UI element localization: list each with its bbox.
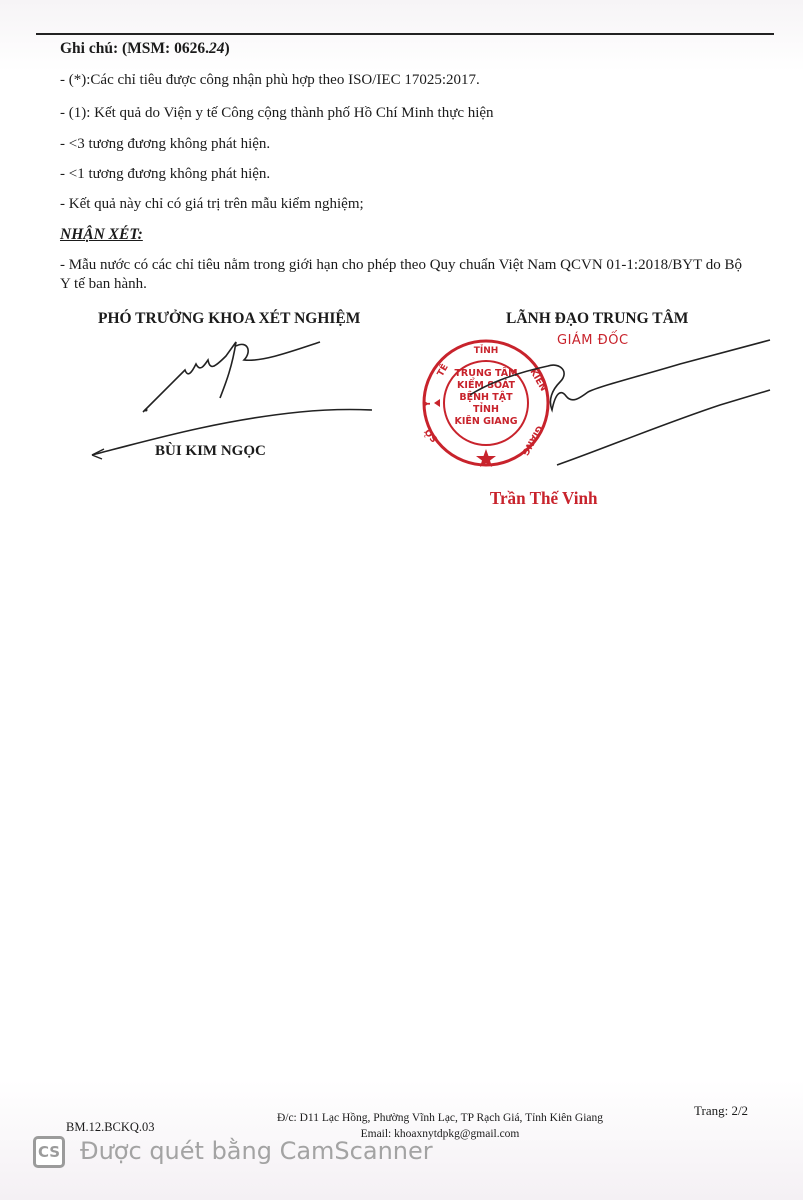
top-divider [36, 33, 774, 35]
stamp-line: KIÊN GIANG [420, 416, 552, 428]
svg-text:GIANG: GIANG [519, 424, 544, 457]
left-signer-title: PHÓ TRƯỞNG KHOA XÉT NGHIỆM [98, 310, 360, 328]
svg-text:TỈNH: TỈNH [474, 344, 499, 356]
director-role: GIÁM ĐỐC [557, 333, 629, 348]
page-number: Trang: 2/2 [694, 1103, 748, 1119]
left-signer-name: BÙI KIM NGỌC [155, 443, 266, 460]
notes-heading-prefix: Ghi chú: (MSM: 0626. [60, 40, 209, 57]
notes-heading-code: 24 [209, 40, 225, 57]
footer-address: Đ/c: D11 Lạc Hồng, Phường Vĩnh Lạc, TP R… [230, 1110, 650, 1126]
remark-text: - Mẫu nước có các chỉ tiêu nằm trong giớ… [60, 256, 750, 294]
note-item: - <1 tương đương không phát hiện. [60, 166, 270, 183]
stamp-line: TỈNH [420, 404, 552, 416]
note-item: - (*):Các chỉ tiêu được công nhận phù hợ… [60, 72, 480, 89]
note-item: - Kết quả này chỉ có giá trị trên mẫu ki… [60, 196, 364, 213]
camscanner-watermark: Được quét bằng CamScanner [80, 1137, 433, 1165]
note-item: - (1): Kết quả do Viện y tế Công cộng th… [60, 105, 494, 122]
stamp-line: BỆNH TẬT [420, 392, 552, 404]
notes-heading: Ghi chú: (MSM: 0626.24) [60, 40, 230, 58]
remark-heading: NHẬN XÉT: [60, 226, 143, 244]
stamp-line: KIỂM SOÁT [420, 380, 552, 392]
right-signer-name: Trần Thế Vinh [490, 488, 598, 509]
notes-heading-close: ) [224, 40, 229, 57]
stamp-line: TRUNG TÂM [420, 368, 552, 380]
camscanner-logo-icon: CS [33, 1136, 65, 1168]
note-item: - <3 tương đương không phát hiện. [60, 136, 270, 153]
right-signer-title: LÃNH ĐẠO TRUNG TÂM [506, 310, 688, 328]
form-code: BM.12.BCKQ.03 [66, 1120, 155, 1135]
